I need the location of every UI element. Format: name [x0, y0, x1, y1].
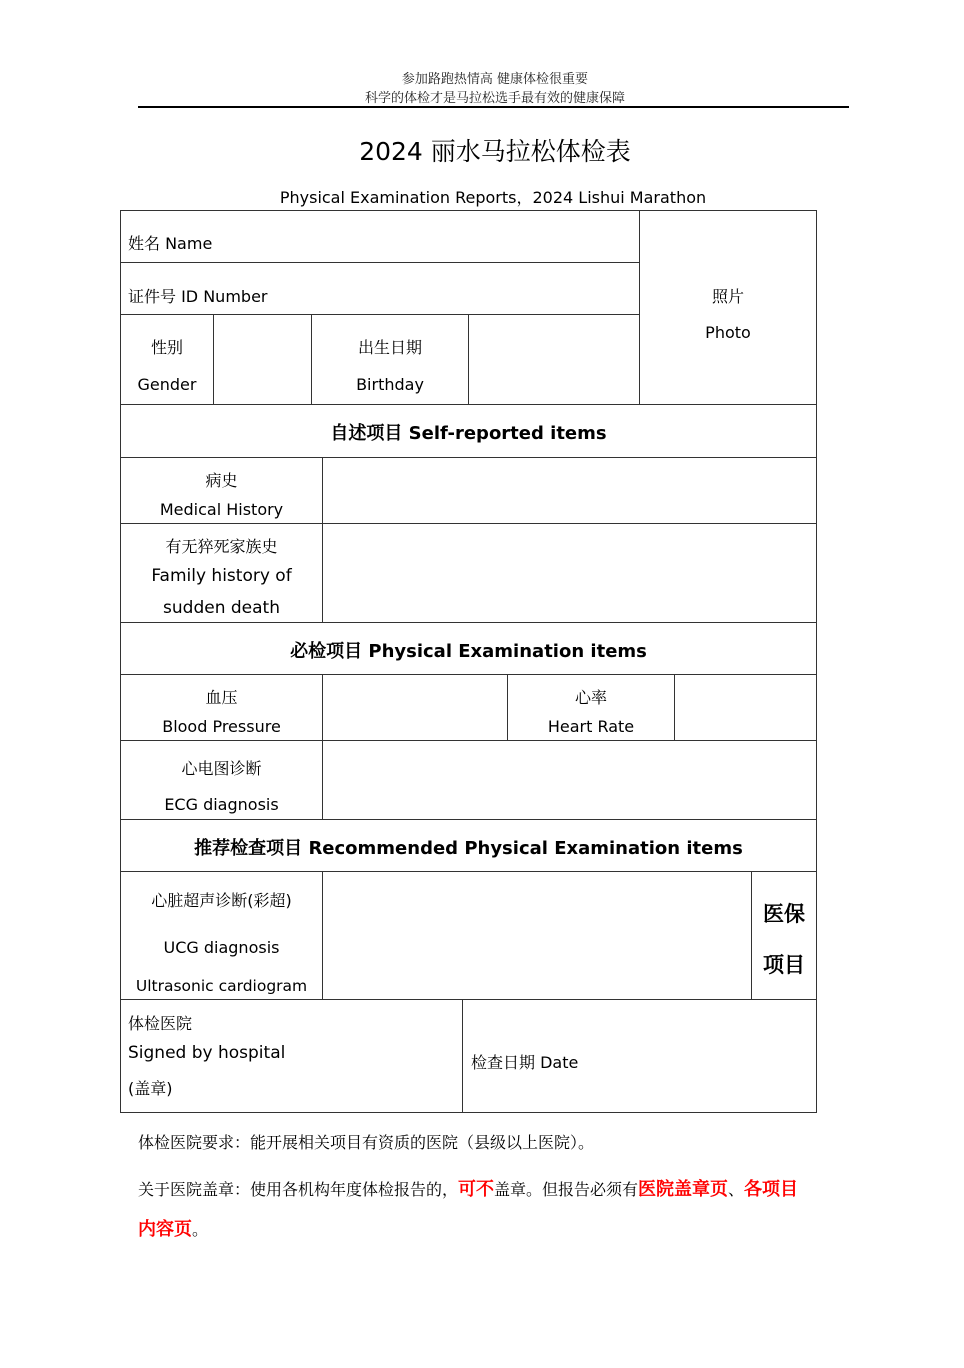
heart-rate-input[interactable] [674, 674, 817, 741]
note-stamp-prefix: 关于医院盖章：使用各机构年度体检报告的， [138, 1180, 458, 1199]
birthday-label-cell: 出生日期 Birthday [311, 314, 469, 405]
medical-history-label-cn: 病史 [121, 468, 322, 491]
insurance-item-line2: 项目 [752, 949, 816, 979]
birthday-label-en: Birthday [312, 375, 468, 394]
hospital-label-cn: 体检医院 [128, 1011, 192, 1034]
note-stamp: 关于医院盖章：使用各机构年度体检报告的，可不盖章。但报告必须有医院盖章页、各项目… [138, 1170, 858, 1250]
section-recommended: 推荐检查项目 Recommended Physical Examination … [120, 819, 817, 872]
header-slogan-line2: 科学的体检才是马拉松选手最有效的健康保障 [0, 87, 964, 106]
gender-label-cell: 性别 Gender [120, 314, 214, 405]
exam-date-field[interactable]: 检查日期 Date [462, 999, 817, 1113]
ecg-label-cell: 心电图诊断 ECG diagnosis [120, 740, 323, 820]
blood-pressure-label-cn: 血压 [121, 685, 322, 708]
note-stamp-red1: 可不 [458, 1179, 494, 1200]
ucg-label-en: UCG diagnosis [121, 938, 322, 957]
photo-label-cn: 照片 [640, 284, 816, 307]
family-history-label-en2: sudden death [121, 598, 322, 618]
ecg-input[interactable] [322, 740, 817, 820]
heart-rate-label-cn: 心率 [508, 685, 674, 708]
note-stamp-red2: 医院盖章页 [638, 1179, 728, 1200]
note-stamp-end: 。 [192, 1220, 208, 1239]
name-label: 姓名 Name [128, 231, 212, 254]
hospital-label-en: Signed by hospital [128, 1043, 285, 1063]
insurance-item-cell: 医保 项目 [751, 871, 817, 1000]
id-number-field[interactable]: 证件号 ID Number [120, 262, 640, 315]
blood-pressure-label-en: Blood Pressure [121, 717, 322, 736]
page-subtitle: Physical Examination Reports，2024 Lishui… [0, 185, 964, 208]
hospital-signature-field[interactable]: 体检医院 Signed by hospital (盖章) [120, 999, 463, 1113]
family-history-label-en1: Family history of [121, 566, 322, 586]
section-physical-exam-title: 必检项目 Physical Examination items [121, 637, 816, 663]
note-stamp-sep: 、 [728, 1180, 744, 1199]
section-self-reported-title: 自述项目 Self-reported items [121, 419, 816, 445]
note-hospital-requirement: 体检医院要求：能开展相关项目有资质的医院（县级以上医院）。 [138, 1130, 594, 1153]
birthday-label-cn: 出生日期 [312, 335, 468, 358]
ucg-label-en2: Ultrasonic cardiogram [121, 977, 322, 995]
insurance-item-line1: 医保 [752, 898, 816, 928]
blood-pressure-label-cell: 血压 Blood Pressure [120, 674, 323, 741]
gender-label-en: Gender [121, 375, 213, 394]
name-field[interactable]: 姓名 Name [120, 210, 640, 263]
ecg-label-en: ECG diagnosis [121, 795, 322, 814]
medical-history-label-cell: 病史 Medical History [120, 457, 323, 524]
note-stamp-mid: 盖章。但报告必须有 [494, 1180, 638, 1199]
family-history-label-cn: 有无猝死家族史 [121, 534, 322, 557]
header-slogan-line1: 参加路跑热情高 健康体检很重要 [0, 68, 964, 87]
birthday-input[interactable] [468, 314, 640, 405]
heart-rate-label-cell: 心率 Heart Rate [507, 674, 675, 741]
page-title: 2024 丽水马拉松体检表 [0, 132, 964, 168]
heart-rate-label-en: Heart Rate [508, 717, 674, 736]
medical-history-label-en: Medical History [121, 500, 322, 519]
section-physical-exam: 必检项目 Physical Examination items [120, 622, 817, 675]
ecg-label-cn: 心电图诊断 [121, 756, 322, 779]
note-stamp-red4: 内容页 [138, 1219, 192, 1240]
ucg-label-cn: 心脏超声诊断(彩超) [121, 888, 322, 911]
section-self-reported: 自述项目 Self-reported items [120, 404, 817, 458]
ucg-input[interactable] [322, 871, 752, 1000]
photo-box[interactable]: 照片 Photo [639, 210, 817, 405]
note-stamp-red3: 各项目 [744, 1179, 798, 1200]
ucg-label-cell: 心脏超声诊断(彩超) UCG diagnosis Ultrasonic card… [120, 871, 323, 1000]
blood-pressure-input[interactable] [322, 674, 508, 741]
gender-input[interactable] [213, 314, 312, 405]
gender-label-cn: 性别 [121, 335, 213, 358]
exam-date-label: 检查日期 Date [471, 1050, 578, 1073]
family-history-input[interactable] [322, 523, 817, 623]
header-divider [138, 106, 849, 108]
family-history-label-cell: 有无猝死家族史 Family history of sudden death [120, 523, 323, 623]
hospital-stamp-label: (盖章) [128, 1076, 173, 1099]
section-recommended-title: 推荐检查项目 Recommended Physical Examination … [121, 834, 816, 860]
id-number-label: 证件号 ID Number [128, 284, 268, 307]
medical-history-input[interactable] [322, 457, 817, 524]
photo-label-en: Photo [640, 323, 816, 342]
